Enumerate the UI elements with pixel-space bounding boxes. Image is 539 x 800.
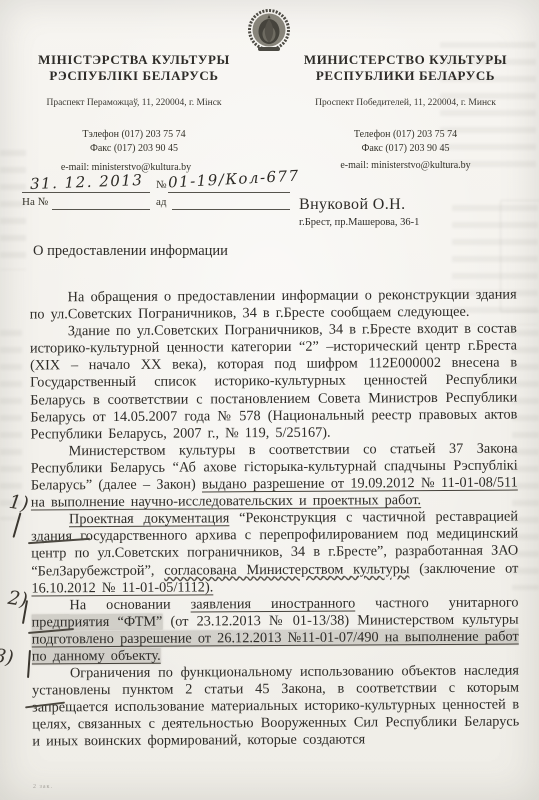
contact-block-right: Телефон (017) 203 75 74 Факс (017) 203 9… bbox=[288, 128, 523, 155]
paragraph-heritage-status: Здание по ул.Советских Пограничников, 34… bbox=[30, 321, 518, 444]
ministry-header-belarusian: МІНІСТЭРСТВА КУЛЬТУРЫ РЭСПУБЛІКІ БЕЛАРУС… bbox=[18, 52, 250, 108]
number-rule-line bbox=[168, 191, 290, 193]
text-run: частного унитарного bbox=[375, 594, 518, 611]
email-right: e-mail: ministerstvo@kultura.by bbox=[288, 160, 523, 171]
fax-left: Факс (017) 203 90 45 bbox=[18, 142, 250, 156]
reply-number-rule-line bbox=[52, 208, 150, 210]
scanned-letter-page: МІНІСТЭРСТВА КУЛЬТУРЫ РЭСПУБЛІКІ БЕЛАРУС… bbox=[0, 0, 539, 800]
pen-margin-mark-3: 3) bbox=[0, 645, 15, 670]
ministry-header-russian: МИНИСТЕРСТВО КУЛЬТУРЫ РЕСПУБЛИКИ БЕЛАРУС… bbox=[288, 52, 523, 108]
paragraph-intro: На обращения о предоставлении информации… bbox=[30, 287, 517, 324]
underlined-approved-by-ministry: согласована Министерством культуры bbox=[164, 561, 409, 578]
number-label: № bbox=[156, 179, 167, 191]
outgoing-date-handwritten: 31. 12. 2013 bbox=[30, 171, 144, 193]
ministry-name-by-line2: РЭСПУБЛІКІ БЕЛАРУСЬ bbox=[18, 68, 250, 84]
letter-body: На обращения о предоставлении информации… bbox=[30, 287, 520, 751]
ministry-name-ru-line1: МИНИСТЕРСТВО КУЛЬТУРЫ bbox=[288, 52, 523, 68]
text-run: Здание по ул.Советских Пограничников, 34… bbox=[30, 321, 518, 443]
underlined-application: заявления иностранного bbox=[191, 595, 356, 612]
ministry-name-by-line1: МІНІСТЭРСТВА КУЛЬТУРЫ bbox=[18, 52, 250, 68]
pen-tick-stroke bbox=[12, 512, 21, 537]
ministry-address-by: Праспект Пераможцаў, 11, 220004, г. Мінс… bbox=[18, 98, 250, 108]
paragraph-project-documentation: Проектная документация “Реконструкция с … bbox=[31, 509, 519, 597]
pen-tick-stroke bbox=[27, 650, 30, 678]
phone-right: Телефон (017) 203 75 74 bbox=[288, 128, 523, 142]
contact-block-left: Тэлефон (017) 203 75 74 Факс (017) 203 9… bbox=[18, 128, 250, 155]
paragraph-permit-2013: На основании заявления иностранного част… bbox=[31, 594, 518, 665]
recipient-address: г.Брест, пр.Машерова, 36-1 bbox=[299, 217, 419, 228]
fax-right: Факс (017) 203 90 45 bbox=[288, 142, 523, 156]
reply-from-label: ад bbox=[156, 196, 166, 208]
print-shop-mark: 2 зак. bbox=[33, 784, 53, 790]
underlined-project-documentation: Проектная документация bbox=[69, 510, 229, 527]
text-run: На основании bbox=[69, 596, 190, 613]
ministry-address-ru: Проспект Победителей, 11, 220004, г. Мин… bbox=[288, 98, 523, 108]
date-rule-line bbox=[22, 191, 150, 193]
subject-line: О предоставлении информации bbox=[33, 243, 228, 260]
text-run: На обращения о предоставлении информации… bbox=[30, 287, 517, 323]
paragraph-usage-restrictions: Ограничения по функциональному использов… bbox=[32, 663, 520, 751]
ministry-name-ru-line2: РЕСПУБЛИКИ БЕЛАРУСЬ bbox=[288, 68, 523, 84]
reply-number-label: На № bbox=[22, 196, 48, 208]
reply-from-rule-line bbox=[172, 208, 290, 210]
phone-left: Тэлефон (017) 203 75 74 bbox=[18, 128, 250, 142]
text-run: (заключение от bbox=[419, 560, 518, 577]
text-run: (от 23.12.2013 № 01-13/38) Министерством… bbox=[170, 611, 518, 629]
belarus-coat-of-arms-icon bbox=[246, 7, 292, 62]
underlined-conclusion-reference: 16.10.2012 № 11-01-05/1112). bbox=[31, 579, 213, 596]
highlighted-underlined-permit-2013-reference: подготовлено разрешение от 26.12.2013 №1… bbox=[32, 628, 519, 664]
highlighted-ftm-company: предприятия “ФТМ” bbox=[32, 613, 163, 630]
paragraph-permit-2012: Министерством культуры в соответствии со… bbox=[31, 440, 518, 511]
recipient-name: Внуковой О.Н. bbox=[299, 196, 406, 214]
text-run: Ограничения по функциональному использов… bbox=[32, 663, 519, 750]
